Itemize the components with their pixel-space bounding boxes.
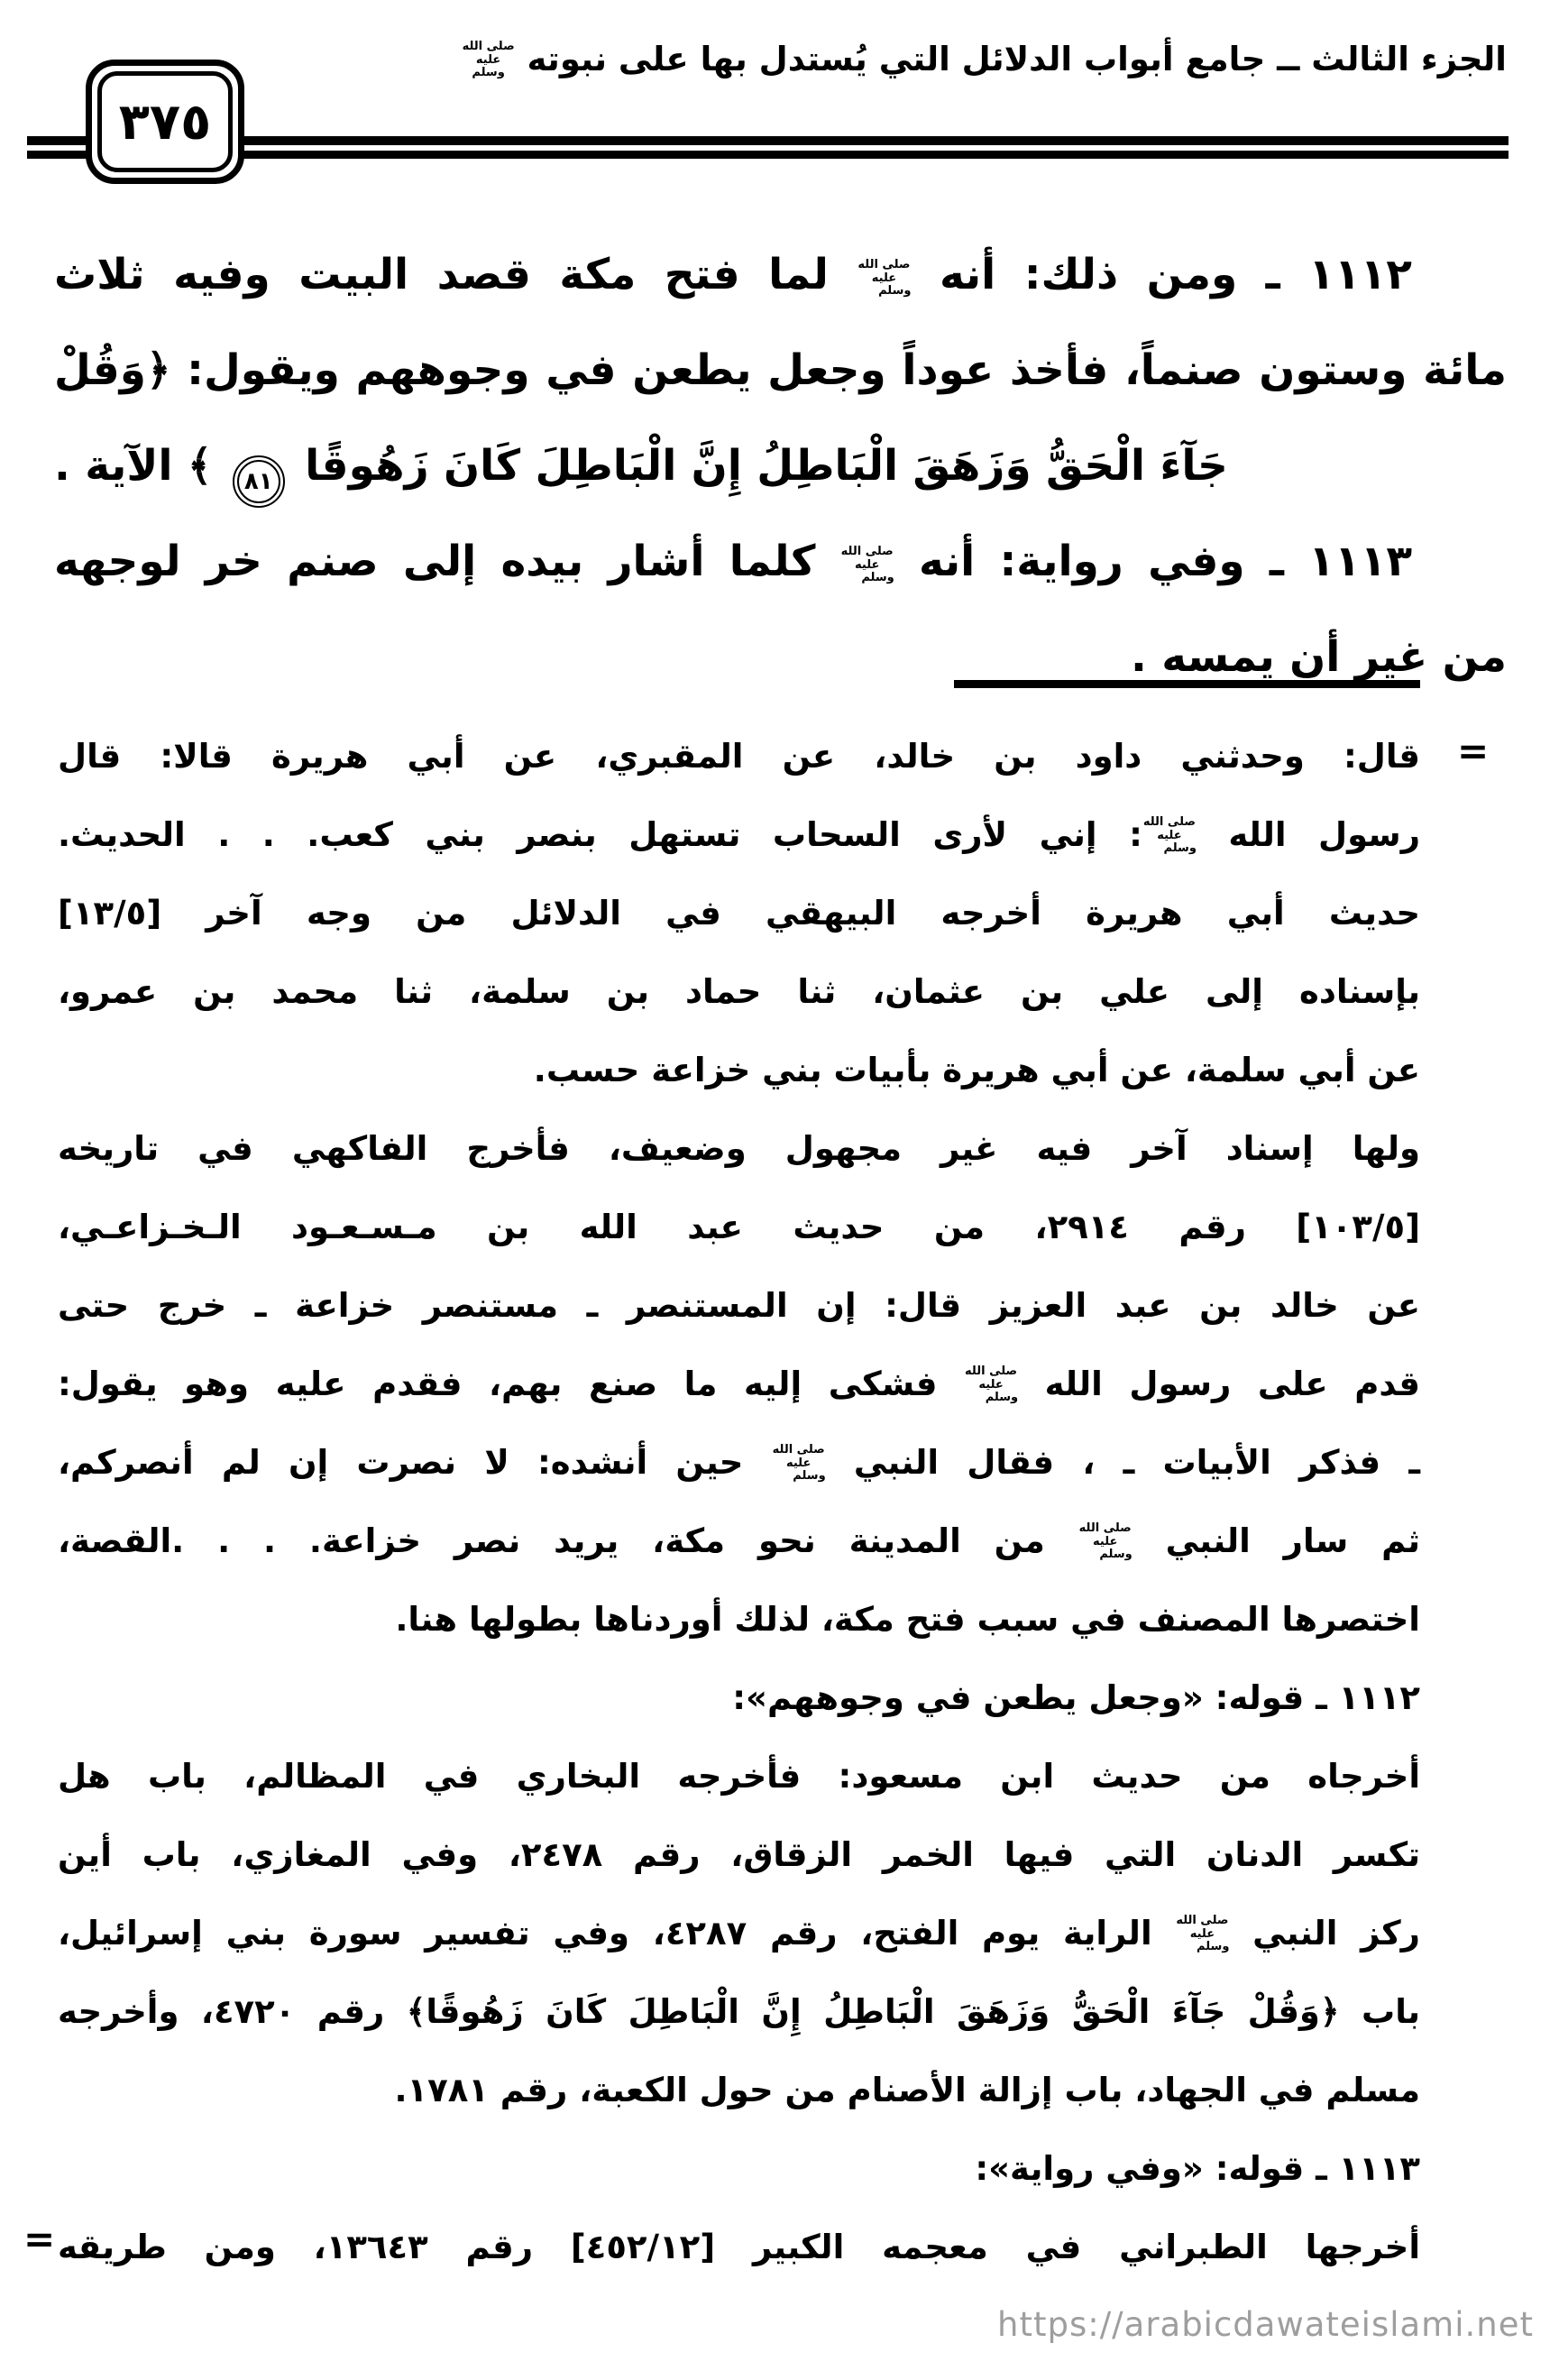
quran-verse-text: جَآءَ الْحَقُّ وَزَهَقَ الْبَاطِلُ إِنَّ… [305,441,1228,491]
page-number: ٣٧٥ [97,71,233,172]
main-text-block: ١١١٢ ـ ومن ذلك: أنه صلى الله عليه وسلم ل… [54,227,1507,705]
footnotes-block: قال: وحدثني داود بن خالد، عن المقبري، عن… [58,717,1420,2286]
footnote-line: ـ فذكر الأبيات ـ ، فقال النبي صلى الله ع… [58,1423,1420,1502]
salla-allahu-alayhi-wa-sallam-symbol: صلى الله عليه وسلم [1175,1915,1229,1953]
footnote-line: قدم على رسول الله صلى الله عليه وسلم فشك… [58,1345,1420,1423]
matn-line: مائة وستون صنماً، فأخذ عوداً وجعل يطعن ف… [54,323,1507,418]
footnote-line: حديث أبي هريرة أخرجه البيهقي في الدلائل … [58,874,1420,952]
footnote-divider-rule [954,680,1420,688]
footnote-line-entry-1112: ١١١٢ ـ قوله: «وجعل يطعن في وجوههم»: [58,1659,1420,1737]
quran-verse-closing: ﴾ الآية . [54,441,212,491]
footnote-line: عن أبي سلمة، عن أبي هريرة بأبيات بني خزا… [58,1031,1420,1109]
ayah-number-medallion: ٨١ [233,455,285,508]
footnote-line: ⁦[١٠٣/٥]⁩ رقم ٢٩١٤، من حديث عبد الله بن … [58,1188,1420,1266]
footnote-line: قال: وحدثني داود بن خالد، عن المقبري، عن… [58,717,1420,795]
footnote-line: باب ﴿وَقُلْ جَآءَ الْحَقُّ وَزَهَقَ الْب… [58,1972,1420,2051]
footnote-line: رسول الله صلى الله عليه وسلم: إني لأرى ا… [58,795,1420,874]
salla-allahu-alayhi-wa-sallam-symbol: صلى الله عليه وسلم [1078,1522,1133,1561]
footnote-continuation-mark-right: = [1457,732,1489,770]
quran-verse-line: جَآءَ الْحَقُّ وَزَهَقَ الْبَاطِلُ إِنَّ… [54,418,1507,514]
matn-line: من غير أن يمسه . [54,610,1507,705]
header-rule-top [27,136,1509,145]
watermark-url: https://arabicdawateislami.net [997,2305,1534,2344]
footnote-line: بإسناده إلى علي بن عثمان، ثنا حماد بن سل… [58,952,1420,1031]
footnote-line: ركز النبي صلى الله عليه وسلم الراية يوم … [58,1894,1420,1972]
header-rule-bottom [27,151,1509,159]
matn-line-entry-1113: ١١١٣ ـ وفي رواية: أنه صلى الله عليه وسلم… [54,514,1507,610]
matn-line-entry-1112: ١١١٢ ـ ومن ذلك: أنه صلى الله عليه وسلم ل… [54,227,1507,323]
footnote-line: أخرجها الطبراني في معجمه الكبير ⁦[٤٥٢/١٢… [58,2208,1420,2286]
footnote-line: اختصرها المصنف في سبب فتح مكة، لذلك أورد… [58,1580,1420,1659]
salla-allahu-alayhi-wa-sallam-symbol: صلى الله عليه وسلم [772,1444,826,1483]
footnote-line-entry-1113: ١١١٣ ـ قوله: «وفي رواية»: [58,2129,1420,2208]
footnote-line: ولها إسناد آخر فيه غير مجهول وضعيف، فأخر… [58,1109,1420,1188]
running-header-title: الجزء الثالث ــ جامع أبواب الدلائل التي … [271,40,1507,79]
footnote-line: مسلم في الجهاد، باب إزالة الأصنام من حول… [58,2051,1420,2129]
salla-allahu-alayhi-wa-sallam-symbol: صلى الله عليه وسلم [1142,816,1197,855]
salla-allahu-alayhi-wa-sallam-symbol: صلى الله عليه وسلم [964,1365,1018,1404]
book-page-scan: الجزء الثالث ــ جامع أبواب الدلائل التي … [0,0,1559,2380]
page-number-badge: ٣٧٥ [86,60,244,184]
footnote-line: تكسر الدنان التي فيها الخمر الزقاق، رقم … [58,1815,1420,1894]
footnote-continuation-mark-left: = [23,2220,55,2258]
salla-allahu-alayhi-wa-sallam-symbol: صلى الله عليه وسلم [840,546,894,584]
salla-allahu-alayhi-wa-sallam-symbol: صلى الله عليه وسلم [462,41,516,79]
footnote-line: ثم سار النبي صلى الله عليه وسلم من المدي… [58,1502,1420,1580]
salla-allahu-alayhi-wa-sallam-symbol: صلى الله عليه وسلم [857,259,911,298]
footnote-line: عن خالد بن عبد العزيز قال: إن المستنصر ـ… [58,1266,1420,1345]
footnote-line: أخرجاه من حديث ابن مسعود: فأخرجه البخاري… [58,1737,1420,1815]
